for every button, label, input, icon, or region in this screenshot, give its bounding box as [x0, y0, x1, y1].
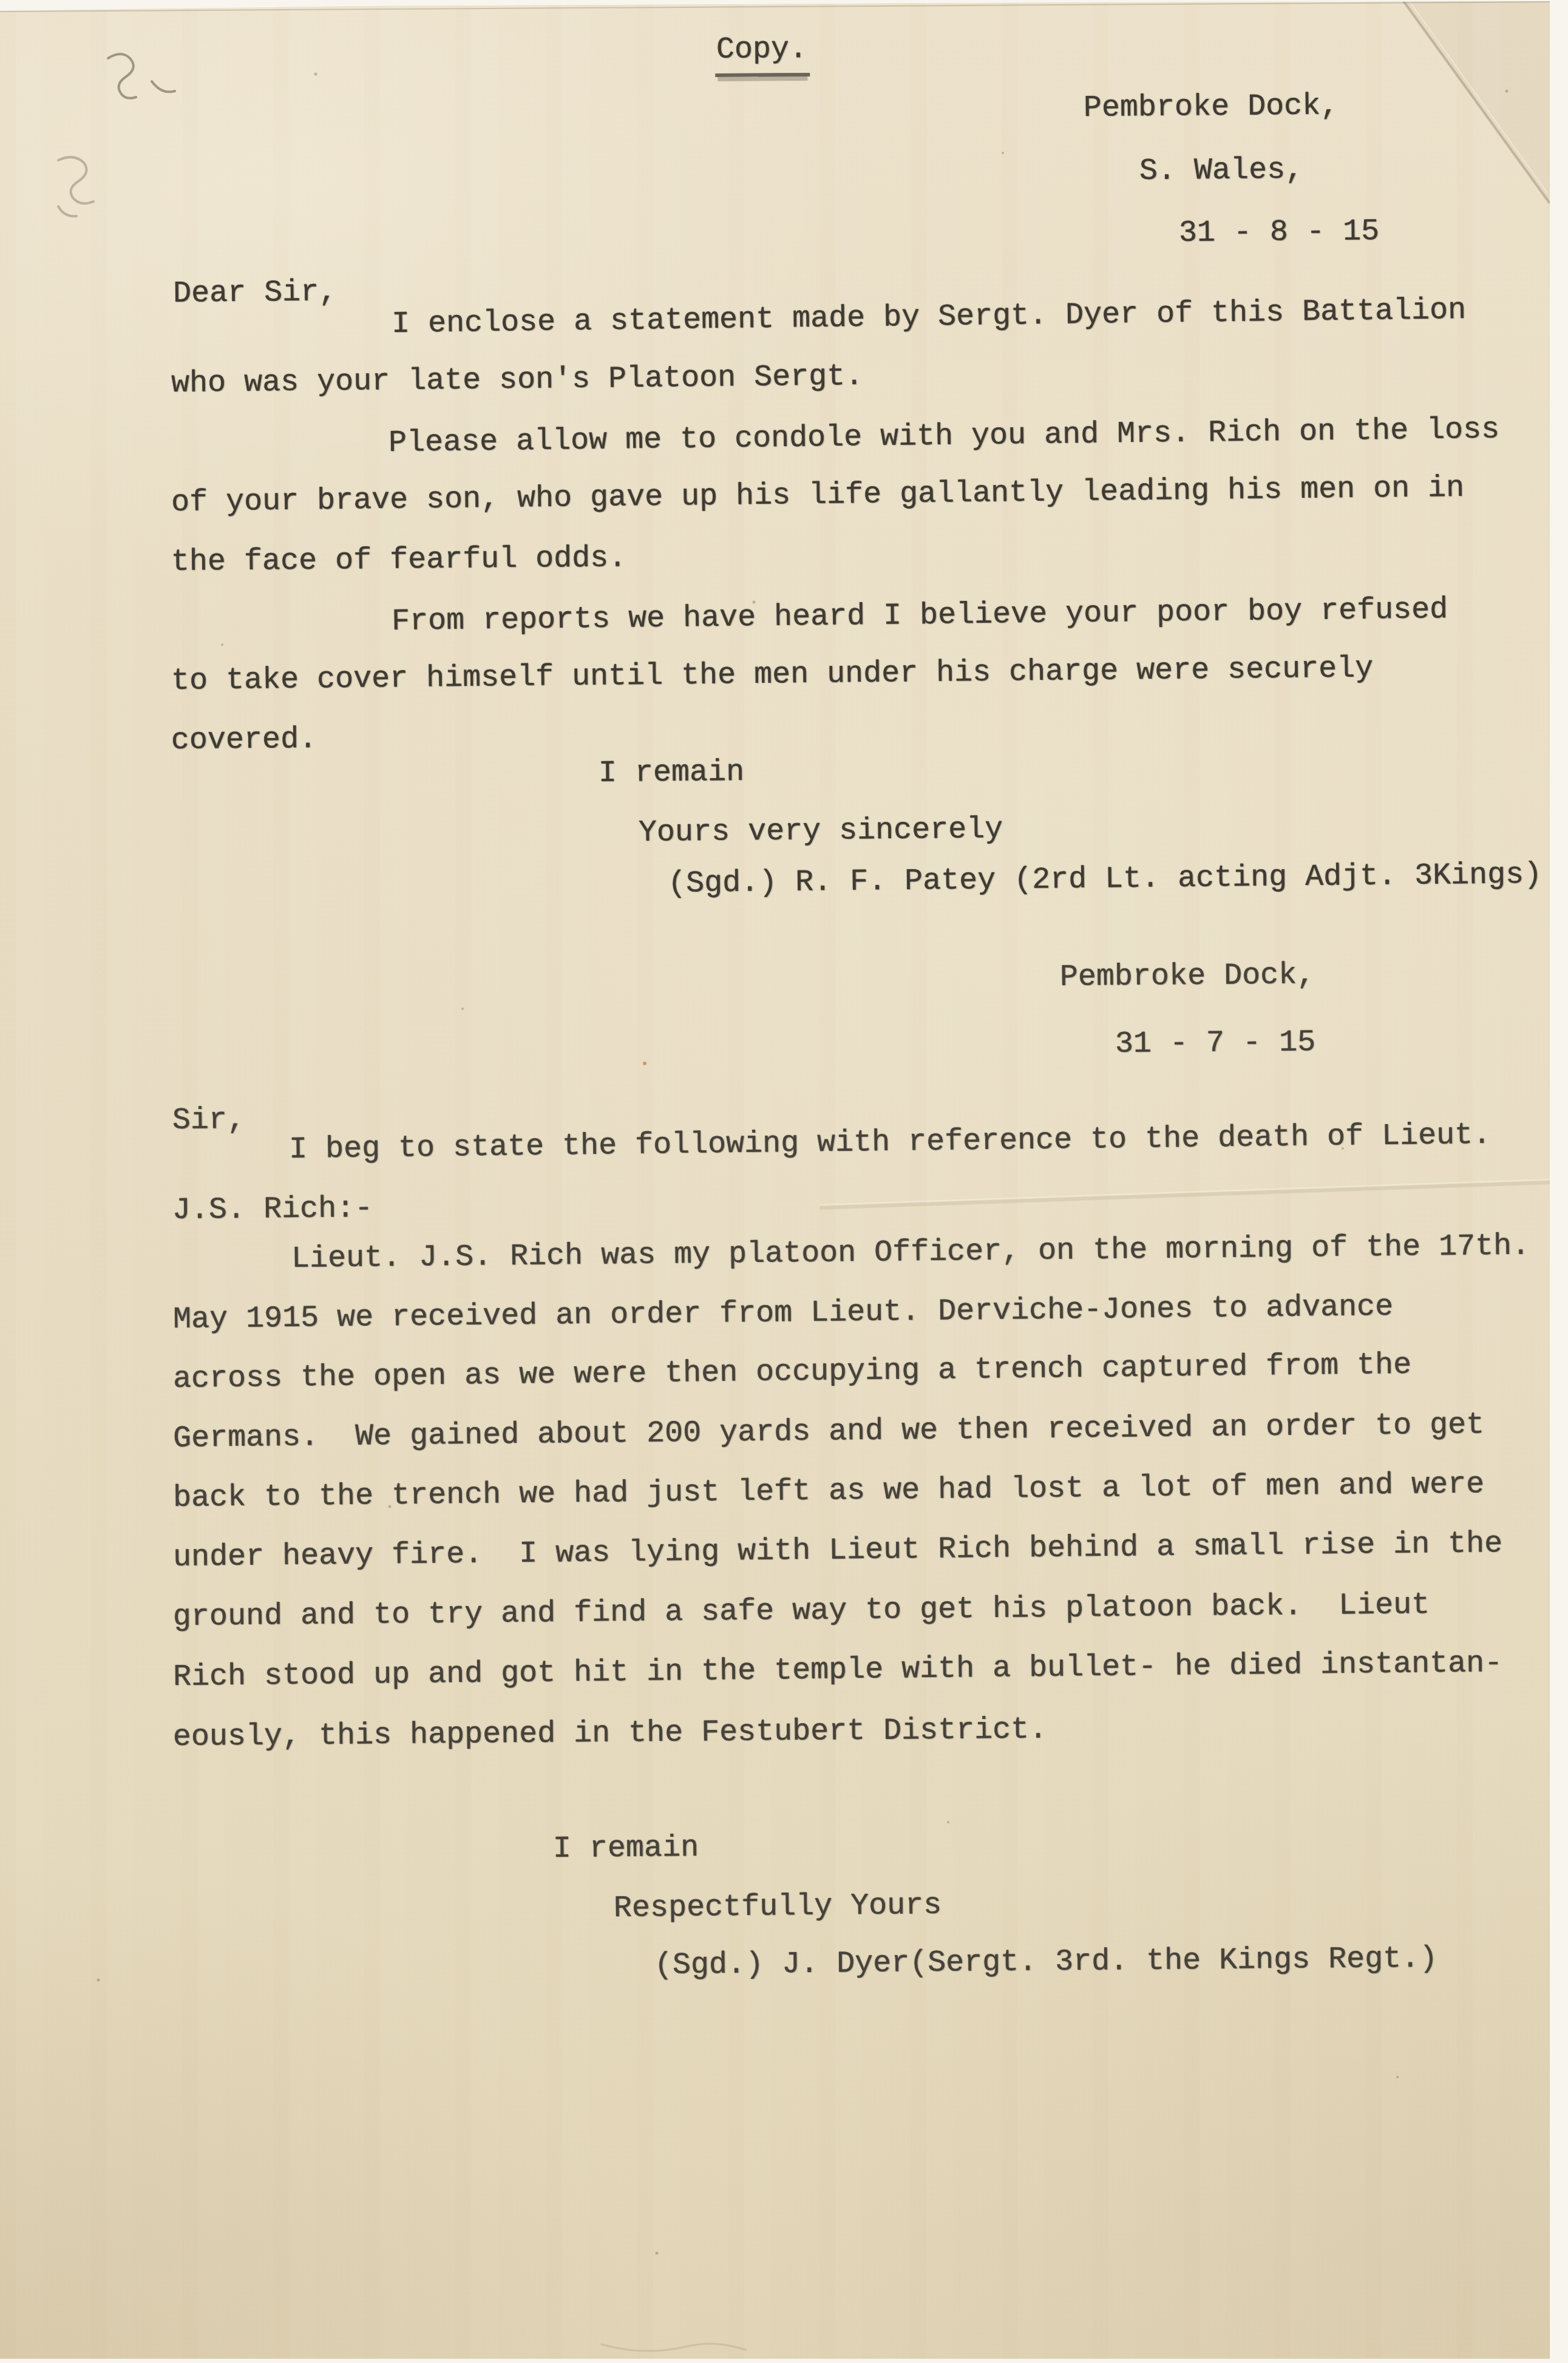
letter1-body-line: to take cover himself until the men unde… [171, 651, 1374, 699]
letter2-body-line: I beg to state the following with refere… [289, 1118, 1492, 1168]
letter2-body-line: May 1915 we received an order from Lieut… [173, 1290, 1394, 1338]
letter1-closing-line: I remain [599, 755, 745, 792]
letter2-place: Pembroke Dock, [1060, 958, 1315, 995]
letter2-body-line: back to the trench we had just left as w… [173, 1467, 1485, 1516]
letter1-body-line: From reports we have heard I believe you… [392, 592, 1448, 640]
letter2-body-line: Lieut. J.S. Rich was my platoon Officer,… [291, 1229, 1530, 1277]
letter2-body-line: J.S. Rich:- [172, 1192, 373, 1229]
letter1-body-line: Please allow me to condole with you and … [389, 413, 1500, 461]
letter2-date: 31 - 7 - 15 [1115, 1025, 1316, 1062]
copy-heading-underlined-text: Copy. [715, 32, 810, 77]
letter2-body-line: Rich stood up and got hit in the temple … [173, 1646, 1503, 1695]
letter1-body-line: who was your late son's Platoon Sergt. [171, 359, 864, 402]
letter1-body-line: covered. [171, 722, 317, 759]
letter1-region: S. Wales, [1139, 153, 1304, 189]
letter1-salutation: Dear Sir, [173, 275, 338, 312]
letter2-salutation: Sir, [172, 1103, 246, 1139]
letter2-signature: (Sgd.) J. Dyer(Sergt. 3rd. the Kings Reg… [654, 1942, 1438, 1984]
letter1-closing-line: Yours very sincerely [639, 812, 1003, 851]
letter2-body-line: Germans. We gained about 200 yards and w… [173, 1408, 1485, 1457]
scanned-letter-screenshot: { "doc": { "heading": "Copy.", "letter1"… [0, 0, 1568, 2363]
letter2-closing-line: I remain [553, 1831, 699, 1867]
letter1-body-line: the face of fearful odds. [171, 541, 627, 580]
letter2-body-line: eously, this happened in the Festubert D… [173, 1712, 1048, 1755]
copy-heading: Copy. [715, 32, 810, 77]
letter2-closing-line: Respectfully Yours [614, 1888, 942, 1927]
letter1-date: 31 - 8 - 15 [1179, 214, 1380, 251]
typewritten-text: Copy. Pembroke Dock, S. Wales, 31 - 8 - … [0, 0, 1550, 2359]
letter1-signature: (Sgd.) R. F. Patey (2rd Lt. acting Adjt.… [668, 858, 1543, 902]
letter2-body-line: ground and to try and find a safe way to… [173, 1588, 1430, 1635]
letter1-body-line: of your brave son, who gave up his life … [171, 471, 1465, 521]
letter2-body-line: under heavy fire. I was lying with Lieut… [173, 1527, 1503, 1576]
letter1-body-line: I enclose a statement made by Sergt. Dye… [392, 293, 1467, 342]
letter2-body-line: across the open as we were then occupyin… [173, 1348, 1412, 1397]
letter-paper: Copy. Pembroke Dock, S. Wales, 31 - 8 - … [0, 0, 1550, 2359]
letter1-place: Pembroke Dock, [1084, 89, 1339, 126]
